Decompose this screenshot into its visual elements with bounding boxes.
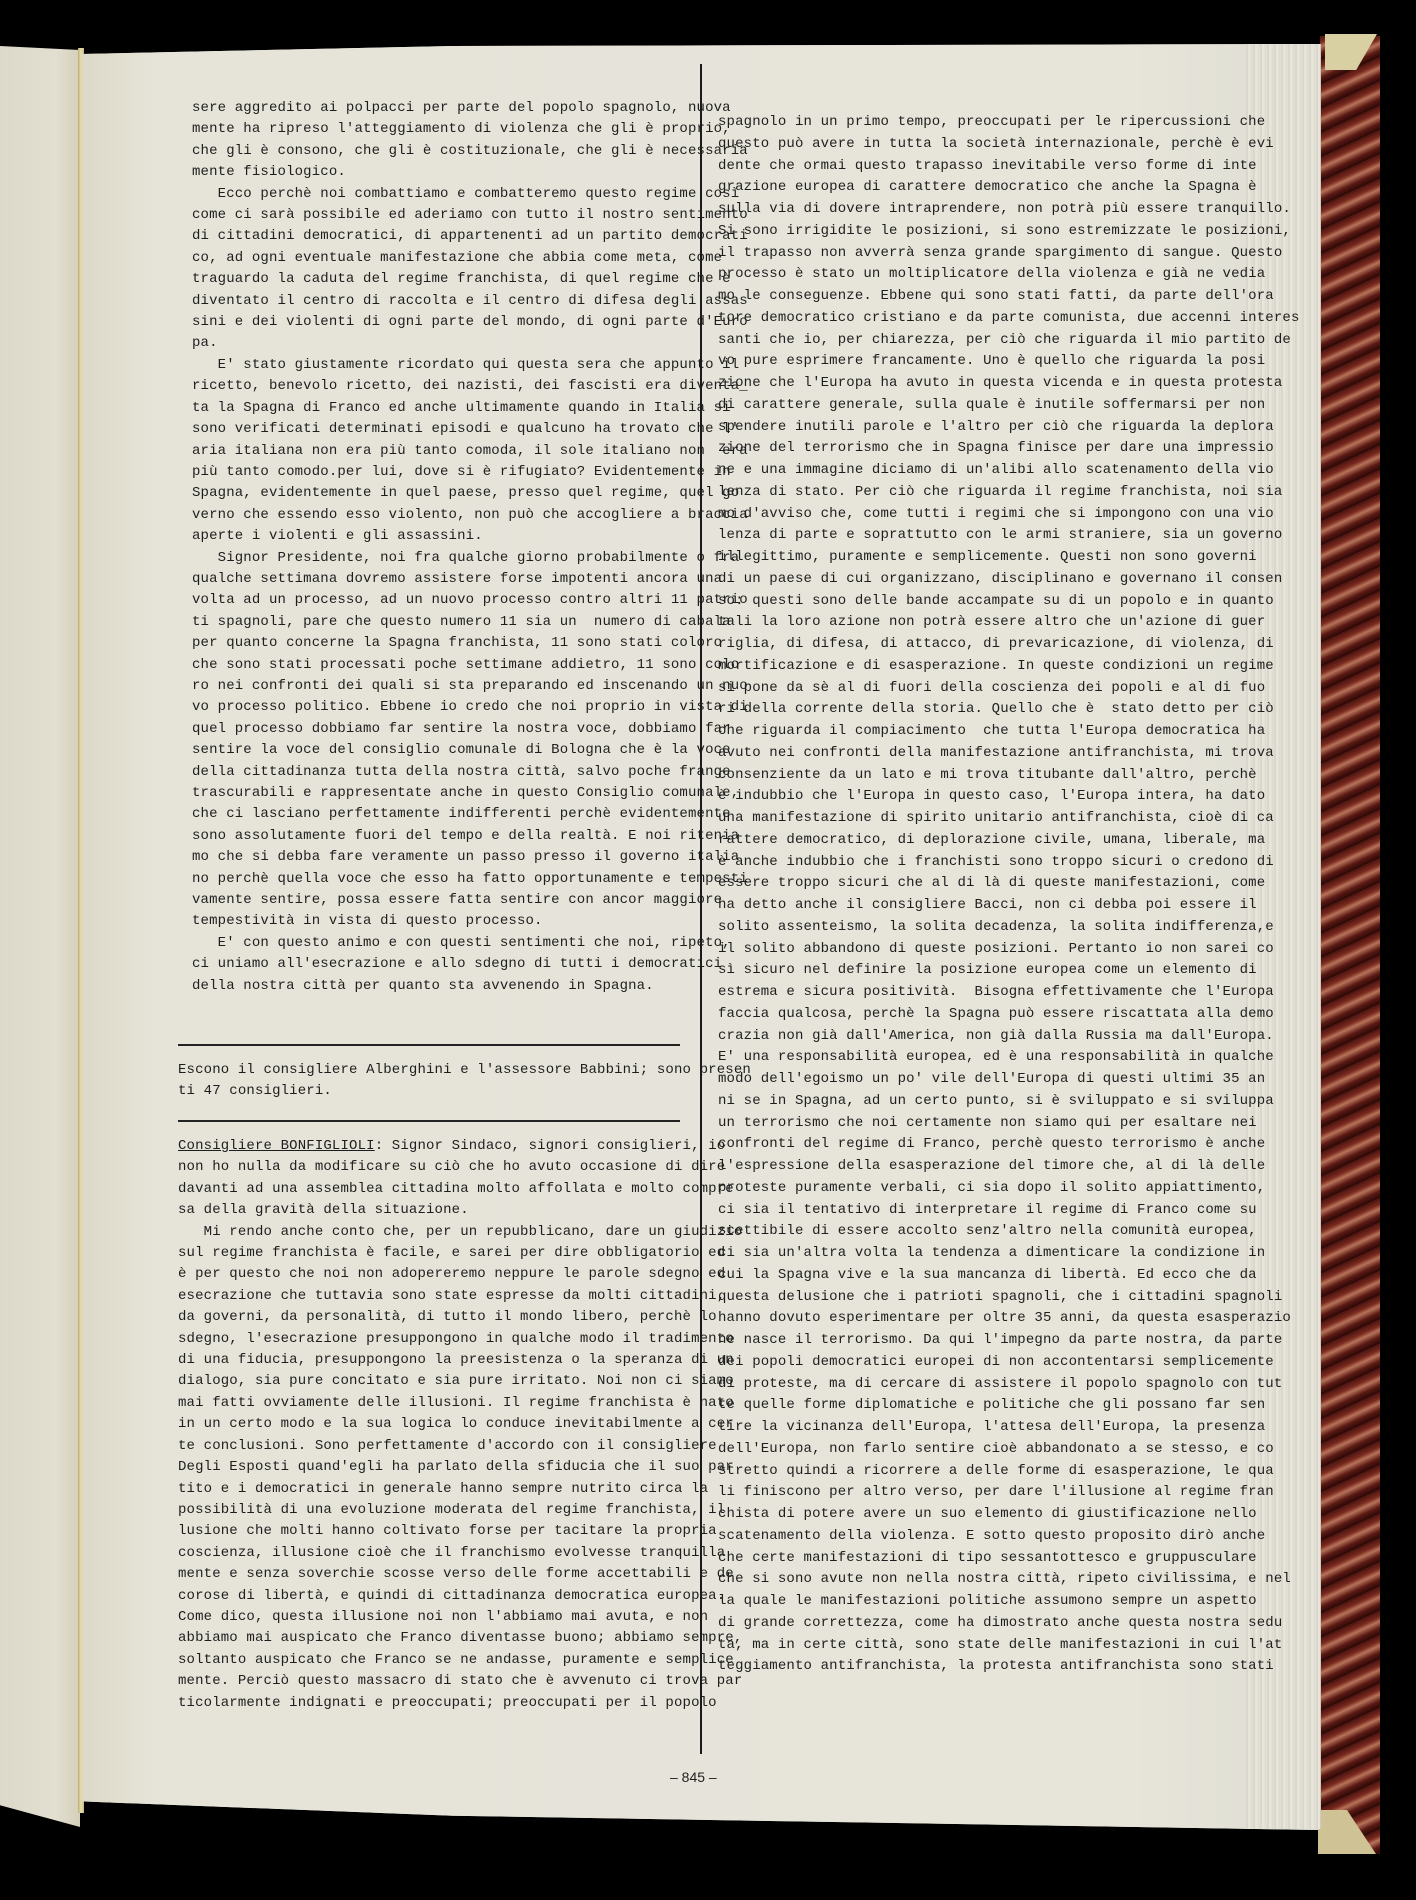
text-line: l'espressione della esasperazione del ti… (718, 1156, 1228, 1178)
text-line: questo può avere in tutta la società int… (718, 134, 1228, 156)
text-line: una manifestazione di spirito unitario a… (718, 808, 1228, 830)
text-line: vamente sentire, possa essere fatta sent… (192, 890, 692, 911)
text-line: della nostra città per quanto sta avvene… (192, 976, 692, 997)
text-line: è anche indubbio che i franchisti sono t… (718, 852, 1228, 874)
text-line: sere aggredito ai polpacci per parte del… (192, 98, 692, 119)
text-line: Spagna, evidentemente in quel paese, pre… (192, 483, 692, 504)
text-line: per quanto concerne la Spagna franchista… (192, 633, 692, 654)
text-line: lenza di parte e soprattutto con le armi… (718, 525, 1228, 547)
text-line: hanno dovuto esperimentare per oltre 35 … (718, 1308, 1228, 1330)
text-line: faccia qualcosa, perchè la Spagna può es… (718, 1004, 1228, 1026)
text-line: tore democratico cristiano e da parte co… (718, 308, 1228, 330)
text-line: dei popoli democratici europei di non ac… (718, 1352, 1228, 1374)
text-line: E' una responsabilità europea, ed è una … (718, 1047, 1228, 1069)
text-line: ta, ma in certe città, sono state delle … (718, 1635, 1228, 1657)
text-line: diventato il centro di raccolta e il cen… (192, 291, 692, 312)
section-rule (178, 1044, 680, 1046)
text-line: più tanto comodo.per lui, dove si è rifu… (192, 462, 692, 483)
text-line: proteste puramente verbali, ci sia dopo … (718, 1178, 1228, 1200)
text-line: mai fatti ovviamente delle illusioni. Il… (178, 1393, 688, 1414)
text-line: dente che ormai questo trapasso inevitab… (718, 156, 1228, 178)
text-line: spagnolo in un primo tempo, preoccupati … (718, 112, 1228, 134)
text-line: abbiamo mai auspicato che Franco diventa… (178, 1628, 688, 1649)
text-line: esecrazione che tuttavia sono state espr… (178, 1286, 688, 1307)
text-line: che si sono avute non nella nostra città… (718, 1569, 1228, 1591)
text-line: no perchè quella voce che esso ha fatto … (192, 869, 692, 890)
text-line: teggiamento antifranchista, la protesta … (718, 1656, 1228, 1678)
text-line: ti 47 consiglieri. (178, 1081, 688, 1102)
text-line: di cittadini democratici, di appartenent… (192, 226, 692, 247)
text-line: che riguarda il compiacimento che tutta … (718, 721, 1228, 743)
text-line: so: questi sono delle bande accampate su… (718, 591, 1228, 613)
text-line: sì sicuro nel definire la posizione euro… (718, 960, 1228, 982)
text-line: ha detto anche il consigliere Bacci, non… (718, 895, 1228, 917)
text-line: processo è stato un moltiplicatore della… (718, 264, 1228, 286)
text-line: mente fisiologico. (192, 162, 692, 183)
text-line: scatenamento della violenza. E sotto que… (718, 1526, 1228, 1548)
speech-block: Consigliere BONFIGLIOLI: Signor Sindaco,… (178, 1136, 688, 1714)
text-line: della cittadinanza tutta della nostra ci… (192, 762, 692, 783)
text-line: vo processo politico. Ebbene io credo ch… (192, 697, 692, 718)
text-line: E' stato giustamente ricordato qui quest… (192, 355, 692, 376)
text-line: consenziente da un lato e mi trova titub… (718, 765, 1228, 787)
text-line: dialogo, sia pure concitato e sia pure i… (178, 1371, 688, 1392)
text-line: davanti ad una assemblea cittadina molto… (178, 1179, 688, 1200)
text-line: aria italiana non era più tanto comoda, … (192, 441, 692, 462)
paragraph: Ecco perchè noi combattiamo e combattere… (192, 184, 692, 355)
text-line: spendere inutili parole e l'altro per ci… (718, 417, 1228, 439)
text-line: di un paese di cui organizzano, discipli… (718, 569, 1228, 591)
right-column: spagnolo in un primo tempo, preoccupati … (718, 112, 1228, 1678)
text-line: verno che essendo esso violento, non può… (192, 505, 692, 526)
text-line: di grande correttezza, come ha dimostrat… (718, 1613, 1228, 1635)
text-line: Mi rendo anche conto che, per un repubbl… (178, 1222, 688, 1243)
text-line: mo le conseguenze. Ebbene qui sono stati… (718, 286, 1228, 308)
text-line: ci sia il tentativo di interpretare il r… (718, 1200, 1228, 1222)
speech-first-line: : Signor Sindaco, signori consiglieri, i… (375, 1138, 726, 1154)
section-rule (178, 1120, 680, 1122)
text-line: rattere democratico, di deplorazione civ… (718, 830, 1228, 852)
text-line: scettibile di essere accolto senz'altro … (718, 1221, 1228, 1243)
text-line: chista di potere avere un suo elemento d… (718, 1504, 1228, 1526)
text-line: è indubbio che l'Europa in questo caso, … (718, 786, 1228, 808)
text-line: ci uniamo all'esecrazione e allo sdegno … (192, 954, 692, 975)
text-line: estrema e sicura positività. Bisogna eff… (718, 982, 1228, 1004)
text-line: questa delusione che i patrioti spagnoli… (718, 1287, 1228, 1309)
text-line: di proteste, ma di cercare di assistere … (718, 1374, 1228, 1396)
left-page-edge-lower (0, 1100, 80, 1827)
text-line: solito assenteismo, la solita decadenza,… (718, 917, 1228, 939)
text-line: lenza di stato. Per ciò che riguarda il … (718, 482, 1228, 504)
text-line: stretto quindi a ricorrere a delle forme… (718, 1461, 1228, 1483)
text-line: ti spagnoli, pare che questo numero 11 s… (192, 612, 692, 633)
text-line: pa. (192, 333, 692, 354)
text-line: Ecco perchè noi combattiamo e combattere… (192, 184, 692, 205)
paragraph: E' con questo animo e con questi sentime… (192, 933, 692, 997)
text-line: il solito abbandono di queste posizioni.… (718, 939, 1228, 961)
text-line: in un certo modo e la sua logica lo cond… (178, 1414, 688, 1435)
speaker-name: Consigliere BONFIGLIOLI (178, 1138, 375, 1154)
text-line: mortificazione e di esasperazione. In qu… (718, 656, 1228, 678)
text-line: un terrorismo che noi certamente non sia… (718, 1113, 1228, 1135)
text-line: traguardo la caduta del regime franchist… (192, 269, 692, 290)
text-line: da governi, da personalità, di tutto il … (178, 1307, 688, 1328)
text-line: ticolarmente indignati e preoccupati; pr… (178, 1693, 688, 1714)
text-line: ne e una immagine diciamo di un'alibi al… (718, 460, 1228, 482)
text-line: lusione che molti hanno coltivato forse … (178, 1521, 688, 1542)
text-line: volta ad un processo, ad un nuovo proces… (192, 590, 692, 611)
text-line: ta la Spagna di Franco ed anche ultimame… (192, 398, 692, 419)
paragraph: E' stato giustamente ricordato qui quest… (192, 355, 692, 548)
text-line: crazia non già dall'America, non già dal… (718, 1026, 1228, 1048)
text-line: sul regime franchista è facile, e sarei … (178, 1243, 688, 1264)
text-line: ricetto, benevolo ricetto, dei nazisti, … (192, 376, 692, 397)
text-line: è per questo che noi non adopereremo nep… (178, 1264, 688, 1285)
text-line: la quale le manifestazioni politiche ass… (718, 1591, 1228, 1613)
text-line: ne nasce il terrorismo. Da qui l'impegno… (718, 1330, 1228, 1352)
text-line: santi che io, per chiarezza, per ciò che… (718, 330, 1228, 352)
text-line: co, ad ogni eventuale manifestazione che… (192, 248, 692, 269)
text-line: cui la Spagna vive e la sua mancanza di … (718, 1265, 1228, 1287)
text-line: essere troppo sicuri che al di là di que… (718, 873, 1228, 895)
text-line: soltanto auspicato che Franco se ne anda… (178, 1650, 688, 1671)
text-line: mo d'avviso che, come tutti i regimi che… (718, 504, 1228, 526)
text-line: che gli è consono, che gli è costituzion… (192, 141, 692, 162)
text-line: sulla via di dovere intraprendere, non p… (718, 199, 1228, 221)
text-line: confronti del regime di Franco, perchè q… (718, 1134, 1228, 1156)
text-line: ci sia un'altra volta la tendenza a dime… (718, 1243, 1228, 1265)
text-line: coscienza, illusione cioè che il franchi… (178, 1543, 688, 1564)
text-line: tire la vicinanza dell'Europa, l'attesa … (718, 1417, 1228, 1439)
left-column: sere aggredito ai polpacci per parte del… (192, 98, 692, 997)
text-line: sono assolutamente fuori del tempo e del… (192, 826, 692, 847)
text-line: Degli Esposti quand'egli ha parlato dell… (178, 1457, 688, 1478)
text-line: ni se in Spagna, ad un certo punto, si è… (718, 1091, 1228, 1113)
text-line: quel processo dobbiamo far sentire la no… (192, 719, 692, 740)
paragraph: Signor Presidente, noi fra qualche giorn… (192, 548, 692, 933)
text-line: te quelle forme diplomatiche e politiche… (718, 1395, 1228, 1417)
text-line: che ci lasciano perfettamente indifferen… (192, 804, 692, 825)
text-line: mente ha ripreso l'atteggiamento di viol… (192, 119, 692, 140)
text-line: Come dico, questa illusione noi non l'ab… (178, 1607, 688, 1628)
text-line: corose di libertà, e quindi di cittadina… (178, 1586, 688, 1607)
text-line: zione che l'Europa ha avuto in questa vi… (718, 373, 1228, 395)
text-line: sono verificati determinati episodi e qu… (192, 419, 692, 440)
marbled-book-cover (1320, 36, 1380, 1854)
text-line: aperte i violenti e gli assassini. (192, 526, 692, 547)
text-line: non ho nulla da modificare su ciò che ho… (178, 1157, 688, 1178)
text-line: ri della corrente della storia. Quello c… (718, 699, 1228, 721)
text-line: modo dell'egoismo un po' vile dell'Europ… (718, 1069, 1228, 1091)
text-line: il trapasso non avverrà senza grande spa… (718, 243, 1228, 265)
text-line: mo che si debba fare veramente un passo … (192, 847, 692, 868)
text-line: ro nei confronti dei quali si sta prepar… (192, 676, 692, 697)
text-line: di carattere generale, sulla quale è inu… (718, 395, 1228, 417)
text-line: te conclusioni. Sono perfettamente d'acc… (178, 1436, 688, 1457)
text-line: Si sono irrigidite le posizioni, si sono… (718, 221, 1228, 243)
text-line: mente. Perciò questo massacro di stato c… (178, 1671, 688, 1692)
text-line: si pone da sè al di fuori della coscienz… (718, 678, 1228, 700)
text-line: Escono il consigliere Alberghini e l'ass… (178, 1060, 688, 1081)
page-number: – 845 – (670, 1769, 717, 1785)
text-line: che certe manifestazioni di tipo sessant… (718, 1548, 1228, 1570)
text-line: sdegno, l'esecrazione presuppongono in q… (178, 1329, 688, 1350)
text-line: sini e dei violenti di ogni parte del mo… (192, 312, 692, 333)
text-line: sentire la voce del consiglio comunale d… (192, 740, 692, 761)
text-line: mente e senza soverchie scosse verso del… (178, 1564, 688, 1585)
text-line: li finiscono per altro verso, per dare l… (718, 1482, 1228, 1504)
text-line: tito e i democratici in generale hanno s… (178, 1479, 688, 1500)
left-page-edge (0, 42, 80, 1122)
text-line: come ci sarà possibile ed aderiamo con t… (192, 205, 692, 226)
text-line: tempestività in vista di questo processo… (192, 911, 692, 932)
text-line: illegittimo, puramente e semplicemente. … (718, 547, 1228, 569)
text-line: avuto nei confronti della manifestazione… (718, 743, 1228, 765)
text-line: trascurabili e rappresentate anche in qu… (192, 783, 692, 804)
text-line: riglia, di difesa, di attacco, di prevar… (718, 634, 1228, 656)
text-line: dell'Europa, non farlo sentire cioè abba… (718, 1439, 1228, 1461)
paragraph: Mi rendo anche conto che, per un repubbl… (178, 1222, 688, 1714)
text-line: zione del terrorismo che in Spagna finis… (718, 438, 1228, 460)
text-line: grazione europea di carattere democratic… (718, 177, 1228, 199)
text-line: che sono stati processati poche settiman… (192, 655, 692, 676)
text-line: Signor Presidente, noi fra qualche giorn… (192, 548, 692, 569)
paragraph: sere aggredito ai polpacci per parte del… (192, 98, 692, 184)
text-line: tali la loro azione non potrà essere alt… (718, 612, 1228, 634)
text-line: E' con questo animo e con questi sentime… (192, 933, 692, 954)
text-line: sa della gravità della situazione. (178, 1200, 688, 1221)
text-line: possibilità di una evoluzione moderata d… (178, 1500, 688, 1521)
text-line: vo pure esprimere francamente. Uno è que… (718, 351, 1228, 373)
text-line: di una fiducia, presuppongono la preesis… (178, 1350, 688, 1371)
attendance-notice: Escono il consigliere Alberghini e l'ass… (178, 1060, 688, 1103)
text-line: qualche settimana dovremo assistere fors… (192, 569, 692, 590)
